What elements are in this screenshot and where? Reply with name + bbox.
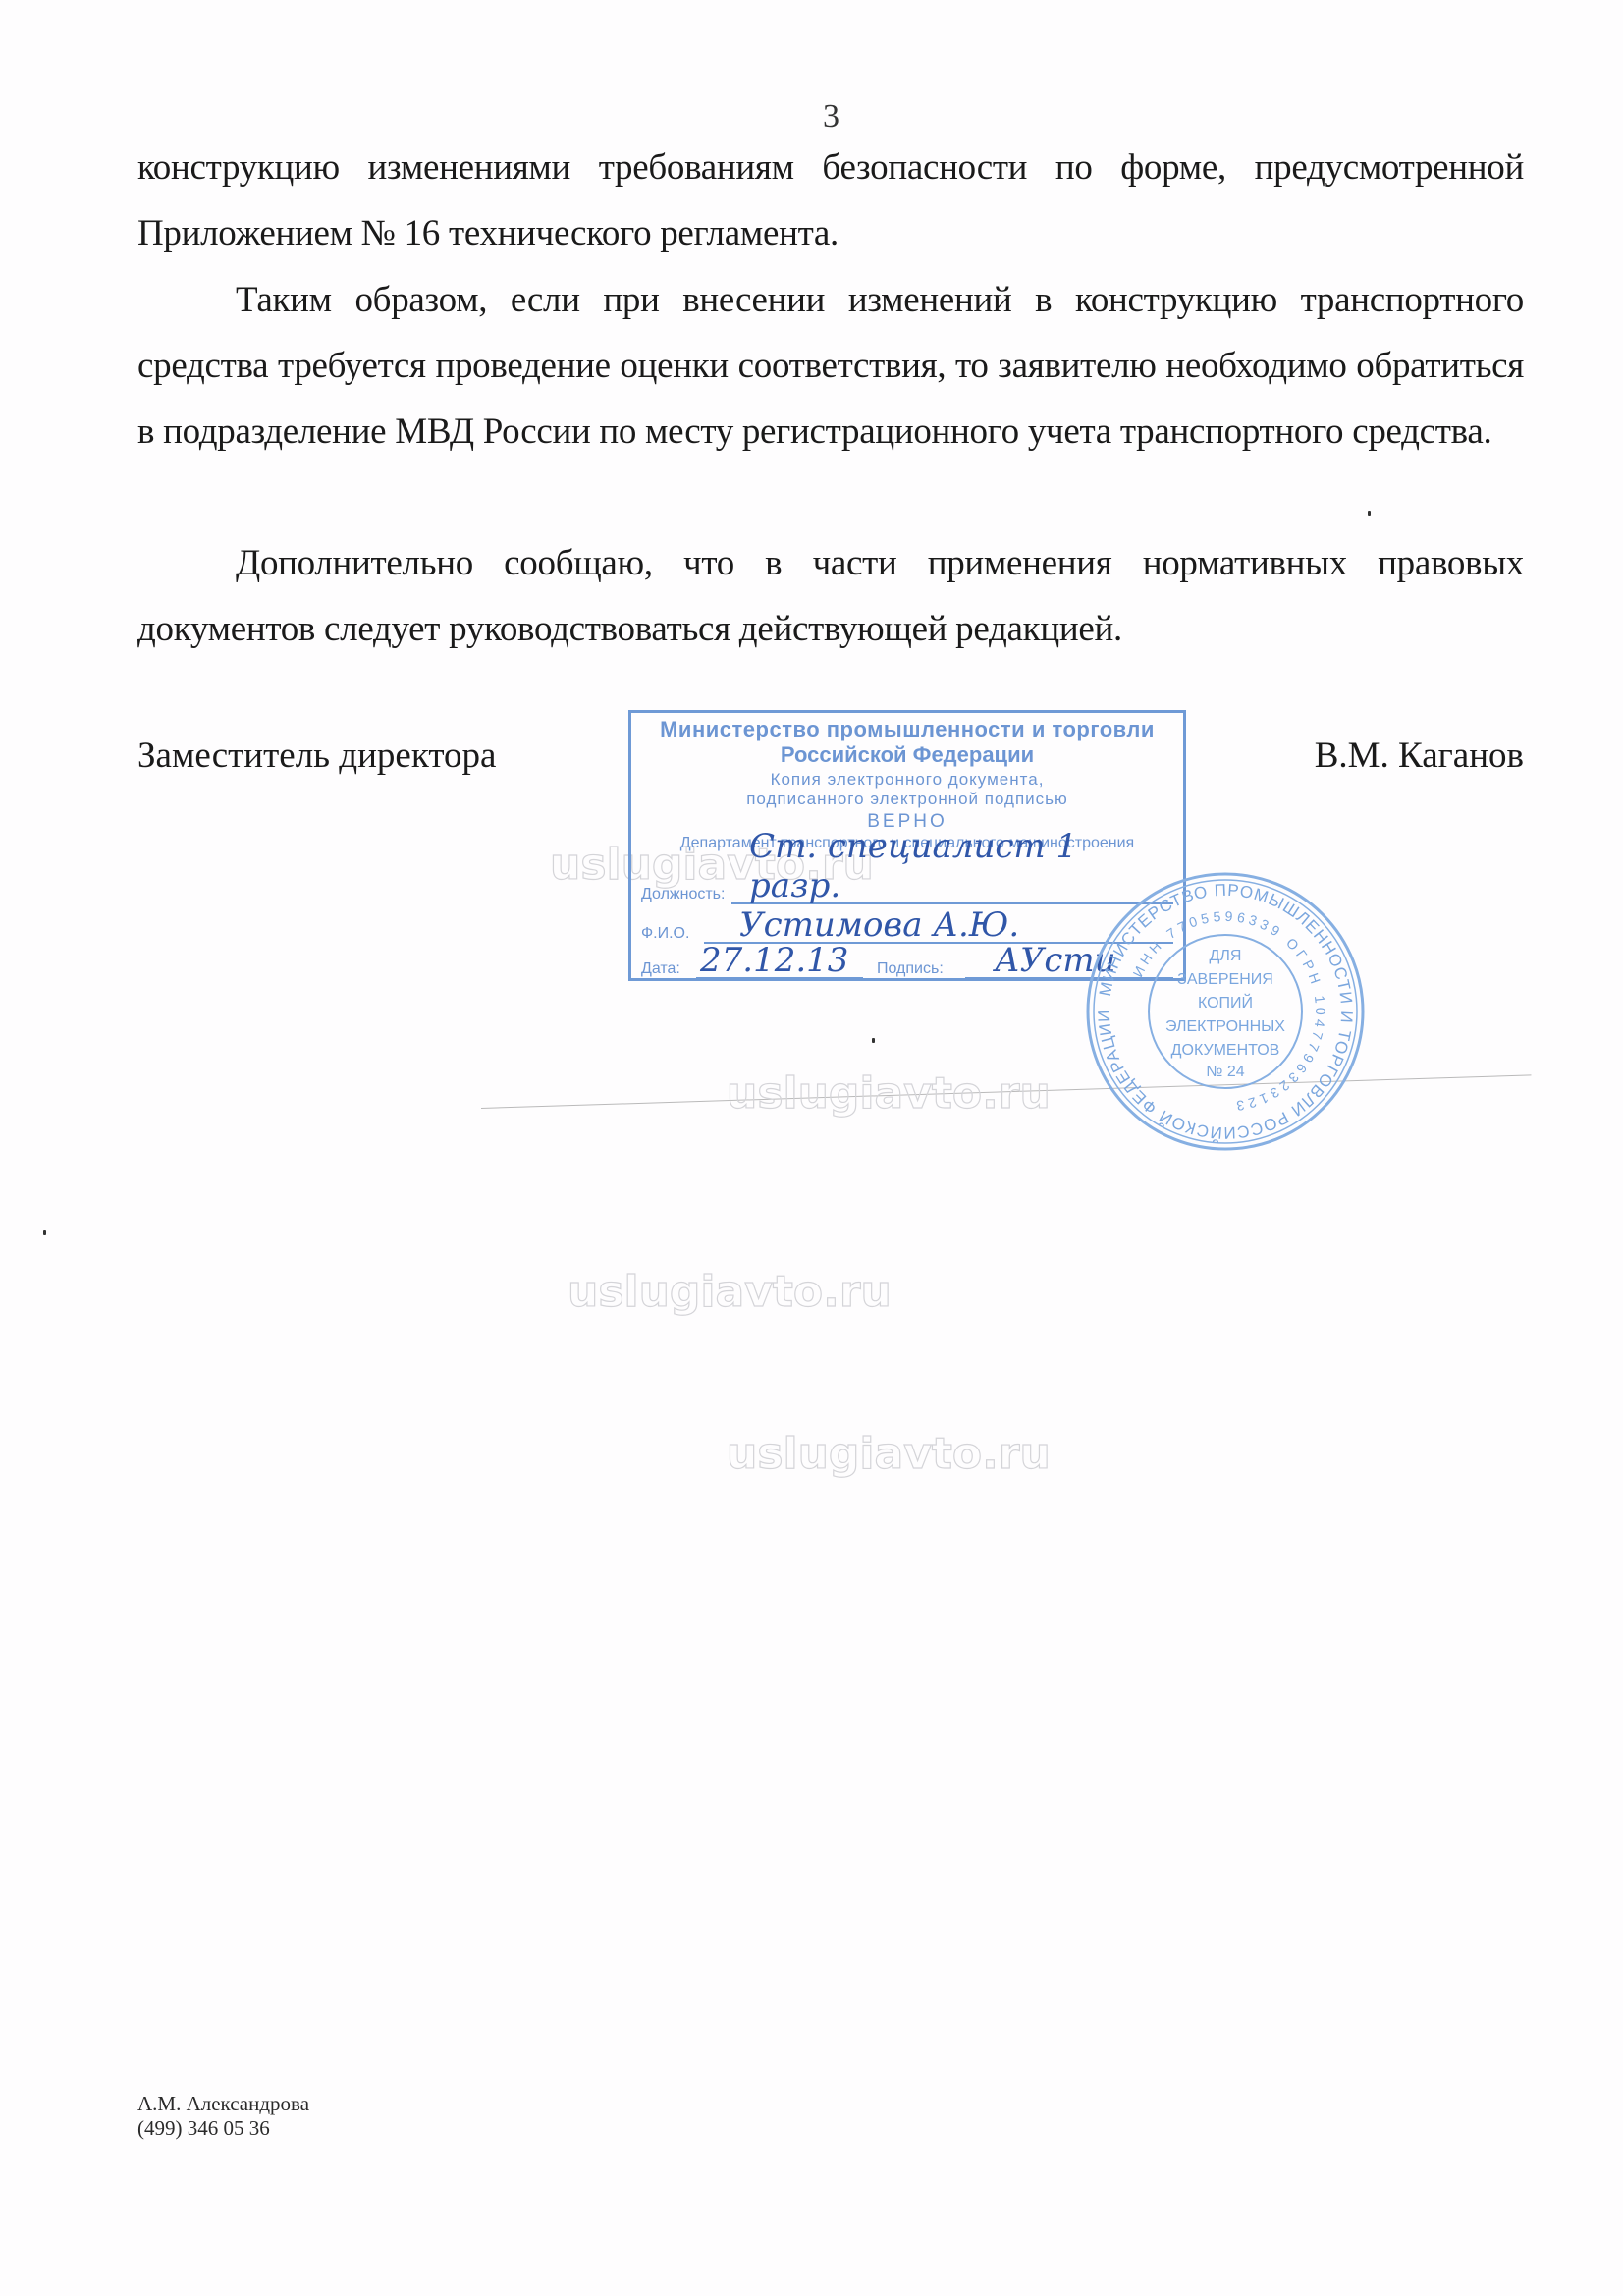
speck (872, 1038, 875, 1043)
seal-line-6: № 24 (1206, 1064, 1245, 1080)
date-handwritten: 27.12.13 (700, 941, 848, 980)
fio-label: Ф.И.О. (641, 925, 689, 943)
seal-line-2: ЗАВЕРЕНИЯ (1177, 971, 1273, 988)
speck (1368, 511, 1371, 516)
seal-line-5: ДОКУМЕНТОВ (1171, 1042, 1280, 1059)
stamp-ministry-line: Министерство промышленности и торговли (631, 717, 1183, 742)
fio-handwritten: Устимова А.Ю. (739, 905, 1019, 945)
stamp-copy-line: Копия электронного документа, (631, 770, 1183, 790)
seal-line-1: ДЛЯ (1210, 948, 1242, 964)
executor-phone: (499) 346 05 36 (137, 2116, 309, 2141)
paragraph-continuation: конструкцию изменениями требованиям безо… (137, 135, 1524, 266)
stamp-country-line: Российской Федерации (631, 742, 1183, 768)
round-seal: МИНИСТЕРСТВО ПРОМЫШЛЕННОСТИ И ТОРГОВЛИ Р… (1078, 864, 1373, 1159)
signature-label: Подпись: (877, 960, 944, 978)
paragraph-additional: Дополнительно сообщаю, что в части приме… (137, 530, 1524, 662)
watermark: uslugiavto.ru (568, 1267, 892, 1317)
page-number: 3 (823, 98, 839, 136)
executor-name: А.М. Александрова (137, 2092, 309, 2116)
position-label: Должность: (641, 886, 725, 903)
footer-executor: А.М. Александрова (499) 346 05 36 (137, 2092, 309, 2141)
watermark: uslugiavto.ru (727, 1429, 1051, 1479)
signer-name: В.М. Каганов (1315, 735, 1524, 777)
paragraph-assessment: Таким образом, если при внесении изменен… (137, 267, 1524, 465)
speck (43, 1230, 46, 1235)
watermark: uslugiavto.ru (727, 1068, 1051, 1119)
signer-title: Заместитель директора (137, 735, 496, 777)
seal-line-3: КОПИЙ (1198, 993, 1253, 1011)
seal-line-4: ЭЛЕКТРОННЫХ (1165, 1018, 1285, 1035)
stamp-signed-line: подписанного электронной подписью (631, 790, 1183, 809)
date-label: Дата: (641, 960, 680, 978)
round-seal-icon: МИНИСТЕРСТВО ПРОМЫШЛЕННОСТИ И ТОРГОВЛИ Р… (1078, 864, 1373, 1159)
